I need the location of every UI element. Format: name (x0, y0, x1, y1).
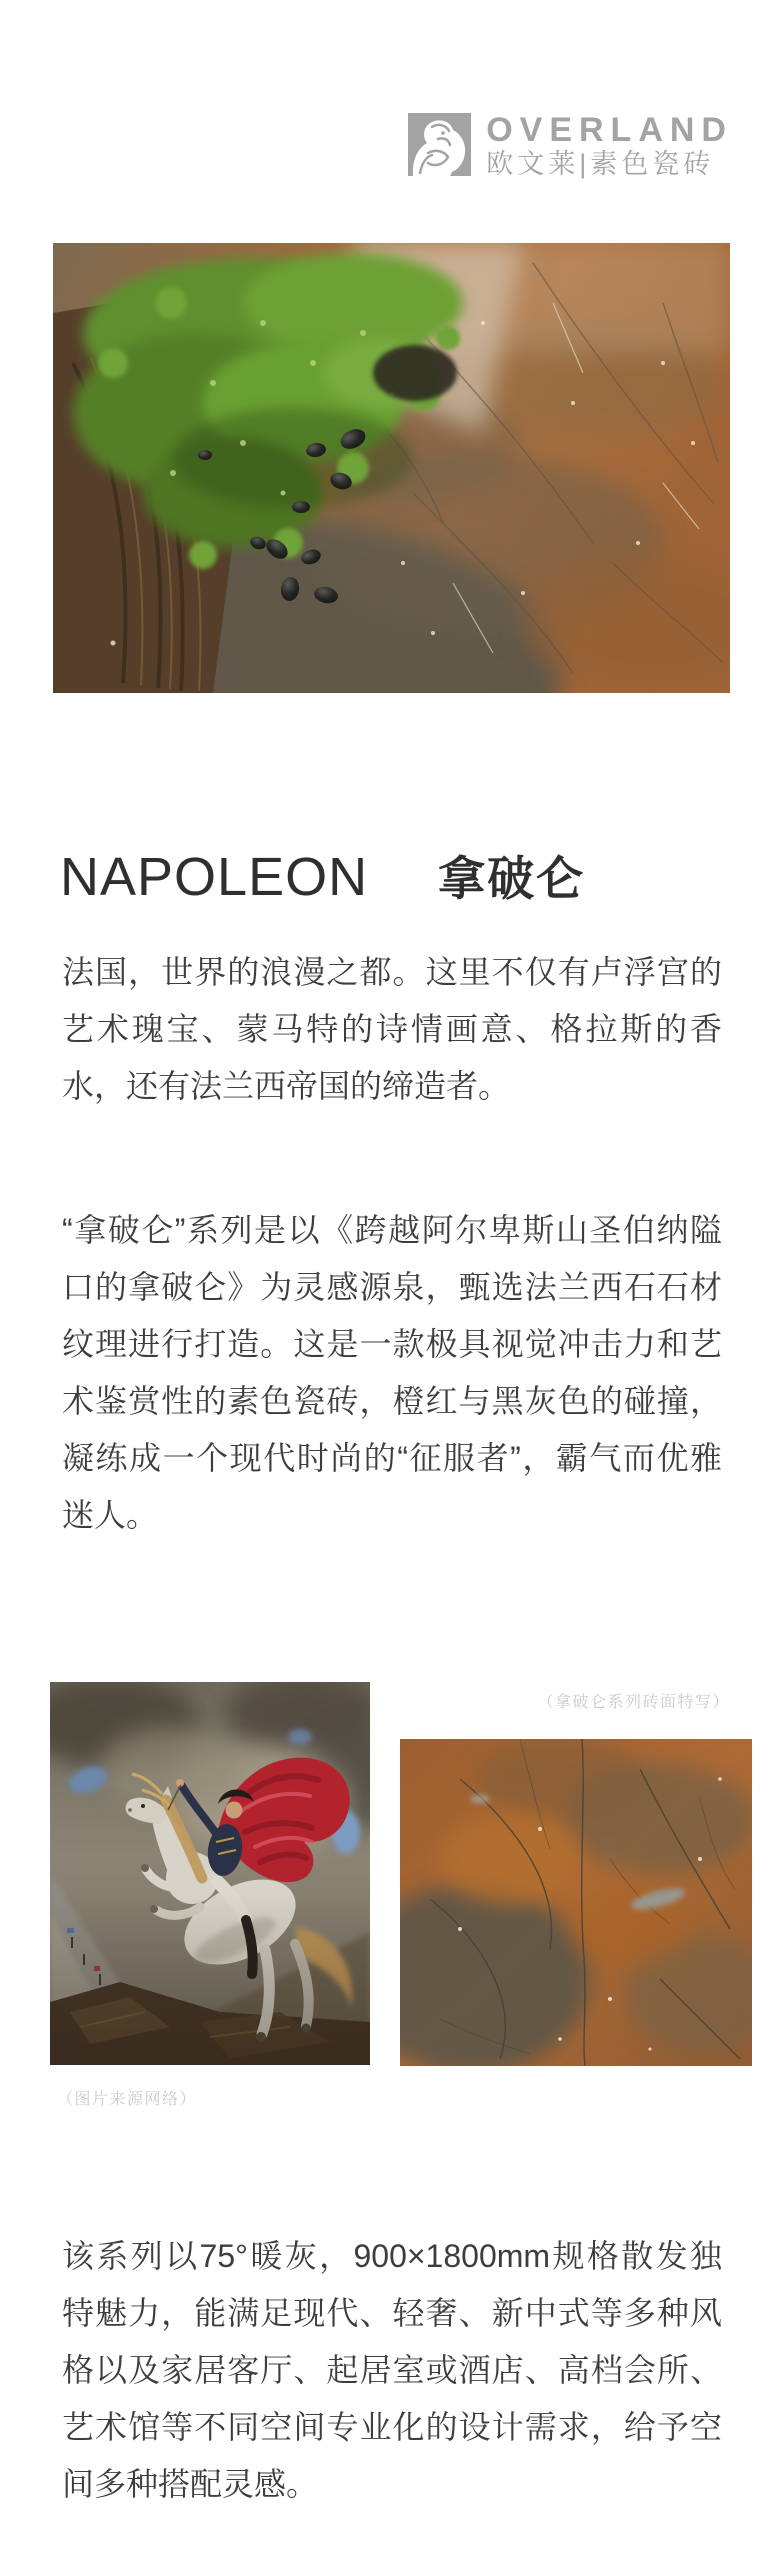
title-chinese: 拿破仑 (438, 842, 585, 909)
image-source-caption: （图片来源网络） (57, 2086, 197, 2109)
overland-logo: OVERLAND 欧文莱|素色瓷砖 (408, 113, 733, 179)
gallery: （拿破仑系列砖面特写） (0, 1682, 784, 2122)
body-paragraph-3: 该系列以75°暖灰，900×1800mm规格散发独特魅力，能满足现代、轻奢、新中… (62, 2228, 722, 2513)
tile-closeup-caption: （拿破仑系列砖面特写） (537, 1689, 730, 1712)
napoleon-painting-image[interactable] (50, 1682, 370, 2065)
brand-tagline: 欧文莱|素色瓷砖 (486, 149, 733, 179)
title-english: NAPOLEON (60, 846, 368, 908)
gorilla-icon (408, 113, 471, 176)
page-title: NAPOLEON 拿破仑 (60, 842, 585, 909)
body-paragraph-1: 法国，世界的浪漫之都。这里不仅有卢浮宫的艺术瑰宝、蒙马特的诗情画意、格拉斯的香水… (62, 944, 722, 1115)
hero-image[interactable] (53, 243, 730, 693)
tile-closeup-image[interactable] (400, 1739, 752, 2066)
brand-name: OVERLAND (486, 113, 733, 147)
body-paragraph-2: “拿破仑”系列是以《跨越阿尔卑斯山圣伯纳隘口的拿破仑》为灵感源泉，甄选法兰西石石… (62, 1202, 722, 1544)
article-page: OVERLAND 欧文莱|素色瓷砖 (0, 0, 784, 2560)
